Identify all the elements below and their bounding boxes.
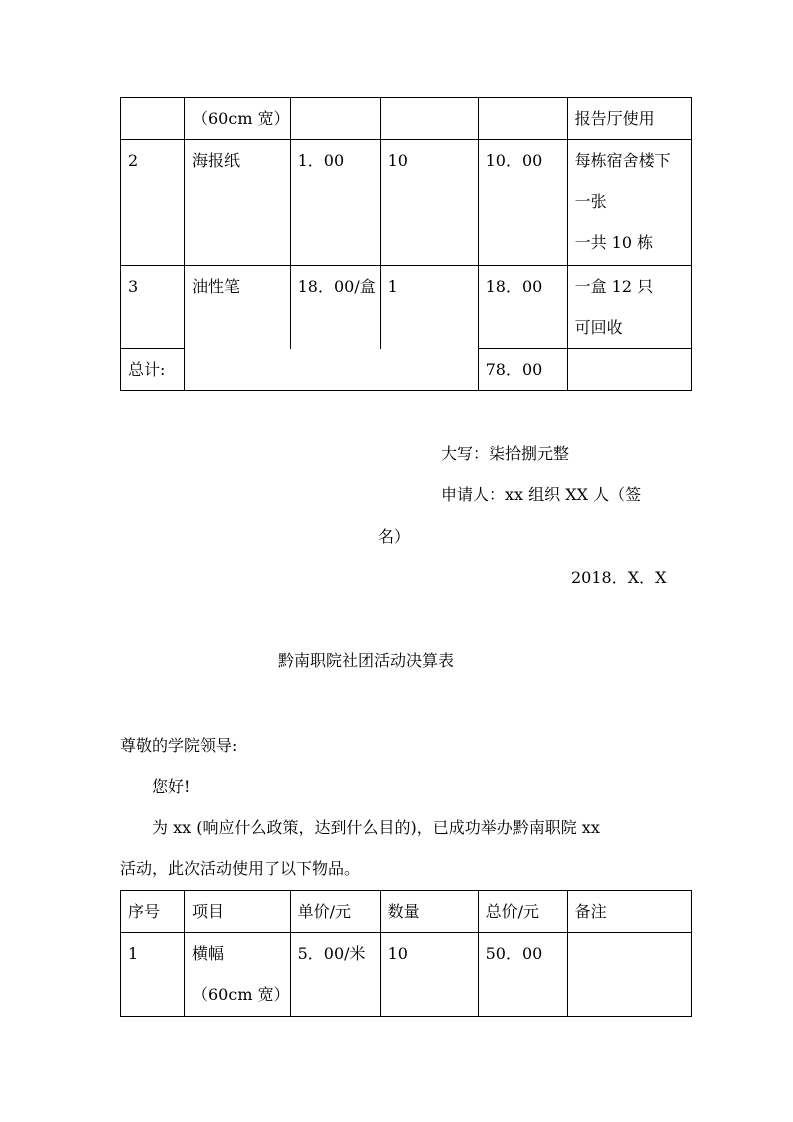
expense-table: 序号 项目 单价/元 数量 总价/元 备注 1 横幅 （60cm 宽） 5．00… [120, 890, 692, 1017]
header-no: 序号 [121, 891, 185, 933]
cell-no: 2 [121, 140, 185, 266]
table-row: 3 油性笔 18．00/盒 1 18．00 一盒 12 只 可回收 [121, 266, 692, 349]
item-line: （60cm 宽） [192, 974, 290, 1015]
header-item: 项目 [185, 891, 291, 933]
body-paragraph-line2: 活动，此次活动使用了以下物品。 [120, 859, 360, 879]
note-line: 每栋宿舍楼下 [575, 140, 691, 181]
table-row: （60cm 宽） 报告厅使用 [121, 98, 692, 140]
total-empty [185, 349, 479, 391]
body-paragraph-line1: 为 xx (响应什么政策，达到什么目的)，已成功举办黔南职院 xx [152, 818, 600, 838]
table-row: 1 横幅 （60cm 宽） 5．00/米 10 50．00 [121, 933, 692, 1017]
note-line: 一张 [575, 181, 691, 222]
total-note [567, 349, 691, 391]
header-unit-price: 单价/元 [290, 891, 380, 933]
applicant-line-cont: 名） [378, 527, 410, 547]
cell-note: 一盒 12 只 可回收 [567, 266, 691, 349]
salutation: 尊敬的学院领导: [120, 736, 237, 756]
applicant-line: 申请人：xx 组织 XX 人（签 [441, 485, 641, 505]
total-value: 78．00 [478, 349, 567, 391]
item-line: 横幅 [192, 933, 290, 974]
date: 2018．X．X [571, 568, 667, 588]
cell-unit-price: 1．00 [290, 140, 380, 266]
cell-total: 10．00 [478, 140, 567, 266]
cell-total: 50．00 [478, 933, 567, 1017]
table-header-row: 序号 项目 单价/元 数量 总价/元 备注 [121, 891, 692, 933]
cell-item: 油性笔 [185, 266, 291, 349]
expense-table-continued: （60cm 宽） 报告厅使用 2 海报纸 1．00 10 10．00 每栋宿舍楼… [120, 97, 692, 391]
cell-item: （60cm 宽） [185, 98, 291, 140]
cell-unit-price: 18．00/盒 [290, 266, 380, 349]
cell-total [478, 98, 567, 140]
header-note: 备注 [567, 891, 691, 933]
cell-no [121, 98, 185, 140]
amount-in-words: 大写：柒拾捌元整 [441, 444, 569, 464]
cell-unit-price [290, 98, 380, 140]
cell-qty: 10 [380, 933, 478, 1017]
cell-note: 报告厅使用 [567, 98, 691, 140]
header-qty: 数量 [380, 891, 478, 933]
greeting: 您好! [152, 777, 190, 797]
cell-qty [380, 98, 478, 140]
cell-item: 海报纸 [185, 140, 291, 266]
cell-total: 18．00 [478, 266, 567, 349]
cell-note [567, 933, 691, 1017]
cell-no: 3 [121, 266, 185, 349]
cell-note: 每栋宿舍楼下 一张 一共 10 栋 [567, 140, 691, 266]
total-label: 总计: [121, 349, 185, 391]
cell-qty: 1 [380, 266, 478, 349]
note-line: 可回收 [575, 307, 691, 348]
note-line: 一共 10 栋 [575, 222, 691, 263]
cell-unit-price: 5．00/米 [290, 933, 380, 1017]
document-title: 黔南职院社团活动决算表 [278, 651, 454, 671]
header-total: 总价/元 [478, 891, 567, 933]
total-row: 总计: 78．00 [121, 349, 692, 391]
cell-qty: 10 [380, 140, 478, 266]
cell-no: 1 [121, 933, 185, 1017]
table-row: 2 海报纸 1．00 10 10．00 每栋宿舍楼下 一张 一共 10 栋 [121, 140, 692, 266]
cell-item: 横幅 （60cm 宽） [185, 933, 291, 1017]
note-line: 一盒 12 只 [575, 266, 691, 307]
